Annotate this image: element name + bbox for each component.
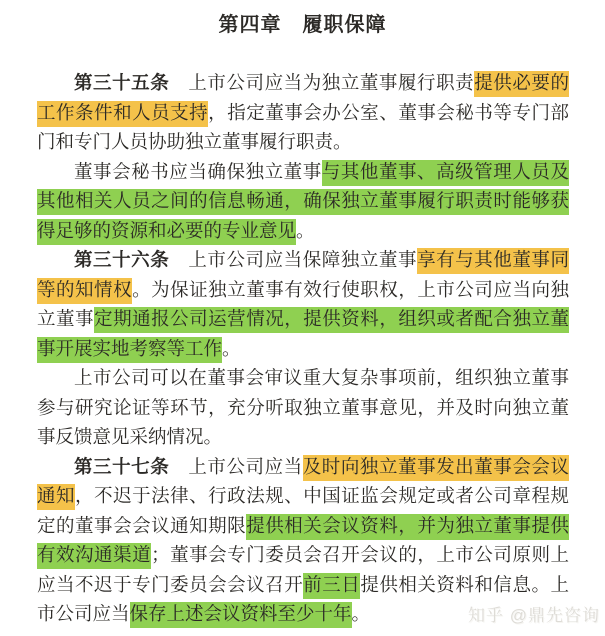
highlight-orange: 等的知情权: [37, 278, 132, 304]
text-segment: 上市公司可以在董事会审议重大复杂事项前，组织独立董事: [74, 369, 569, 389]
document-line: 上市公司可以在董事会审议重大复杂事项前，组织独立董事: [37, 365, 569, 395]
highlight-green: 保存上述会议资料至少十年: [130, 602, 352, 628]
text-segment: 门和专门人员协助独立董事履行职责。: [37, 133, 352, 153]
document-line: 参与研究论证等环节，充分听取独立董事意见，并及时向独立董: [37, 395, 569, 425]
document-line: 等的知情权。为保证独立董事有效行使职权，上市公司应当向独: [37, 277, 569, 307]
document-body: 第三十五条 上市公司应当为独立董事履行职责提供必要的工作条件和人员支持，指定董事…: [37, 70, 569, 631]
chapter-title: 第四章 履职保障: [0, 0, 605, 37]
highlight-orange: 工作条件和人员支持: [37, 101, 208, 127]
text-segment: ，不迟于法律、行政法规、中国证监会规定或者公司章程规: [75, 487, 569, 507]
text-segment: 上市公司应当: [169, 458, 302, 478]
text-segment: 。: [222, 340, 241, 360]
highlight-orange: 享有与其他董事同: [417, 248, 569, 274]
watermark: 知乎 @鼎先咨询: [468, 601, 600, 626]
text-segment: 上市公司应当为独立董事履行职责: [169, 74, 474, 94]
article-number: 第三十五条: [74, 74, 169, 94]
document-page: 第四章 履职保障 第三十五条 上市公司应当为独立董事履行职责提供必要的工作条件和…: [0, 0, 605, 636]
text-segment: 董事会秘书应当确保独立董事: [74, 163, 322, 183]
text-segment: 应当不迟于专门委员会会议召开: [37, 576, 303, 596]
document-line: 定的董事会会议通知期限提供相关会议资料，并为独立董事提供: [37, 513, 569, 543]
document-line: 第三十七条 上市公司应当及时向独立董事发出董事会会议: [37, 454, 569, 484]
highlight-green: 定期通报公司运营情况，提供资料，组织或者配合独立董: [94, 307, 569, 333]
document-line: 事反馈意见采纳情况。: [37, 424, 569, 454]
text-segment: 。为保证独立董事有效行使职权，上市公司应当向独: [132, 281, 569, 301]
article-number: 第三十七条: [74, 458, 169, 478]
document-line: 门和专门人员协助独立董事履行职责。: [37, 129, 569, 159]
document-line: 工作条件和人员支持，指定董事会办公室、董事会秘书等专门部: [37, 100, 569, 130]
highlight-orange: 提供必要的: [474, 71, 569, 97]
highlight-green: 提供相关会议资料，并为独立董事提供: [246, 514, 569, 540]
document-line: 第三十五条 上市公司应当为独立董事履行职责提供必要的: [37, 70, 569, 100]
text-segment: 市公司应当: [37, 605, 130, 625]
highlight-green: 有效沟通渠道: [37, 543, 151, 569]
document-line: 第三十六条 上市公司应当保障独立董事享有与其他董事同: [37, 247, 569, 277]
document-line: 得足够的资源和必要的专业意见。: [37, 218, 569, 248]
highlight-green: 前三日: [303, 573, 360, 599]
text-segment: ；董事会专门委员会召开会议的，上市公司原则上: [151, 546, 569, 566]
highlight-green: 事开展实地考察等工作: [37, 337, 222, 363]
document-line: 立董事定期通报公司运营情况，提供资料，组织或者配合独立董: [37, 306, 569, 336]
document-line: 其他相关人员之间的信息畅通，确保独立董事履行职责时能够获: [37, 188, 569, 218]
highlight-orange: 及时向独立董事发出董事会会议: [303, 455, 569, 481]
text-segment: 参与研究论证等环节，充分听取独立董事意见，并及时向独立董: [37, 399, 569, 419]
text-segment: 。: [296, 222, 315, 242]
article-number: 第三十六条: [74, 251, 169, 271]
highlight-orange: 通知: [37, 484, 75, 510]
highlight-green: 与其他董事、高级管理人员及: [322, 160, 569, 186]
text-segment: ，指定董事会办公室、董事会秘书等专门部: [208, 104, 569, 124]
document-line: 通知，不迟于法律、行政法规、中国证监会规定或者公司章程规: [37, 483, 569, 513]
document-line: 有效沟通渠道；董事会专门委员会召开会议的，上市公司原则上: [37, 542, 569, 572]
highlight-green: 得足够的资源和必要的专业意见: [37, 219, 296, 245]
text-segment: 立董事: [37, 310, 94, 330]
document-line: 董事会秘书应当确保独立董事与其他董事、高级管理人员及: [37, 159, 569, 189]
document-line: 应当不迟于专门委员会会议召开前三日提供相关资料和信息。上: [37, 572, 569, 602]
text-segment: 。: [352, 605, 371, 625]
text-segment: 提供相关资料和信息。上: [360, 576, 569, 596]
text-segment: 上市公司应当保障独立董事: [169, 251, 417, 271]
document-line: 事开展实地考察等工作。: [37, 336, 569, 366]
highlight-green: 其他相关人员之间的信息畅通，确保独立董事履行职责时能够获: [37, 189, 569, 215]
text-segment: 定的董事会会议通知期限: [37, 517, 246, 537]
text-segment: 事反馈意见采纳情况。: [37, 428, 222, 448]
